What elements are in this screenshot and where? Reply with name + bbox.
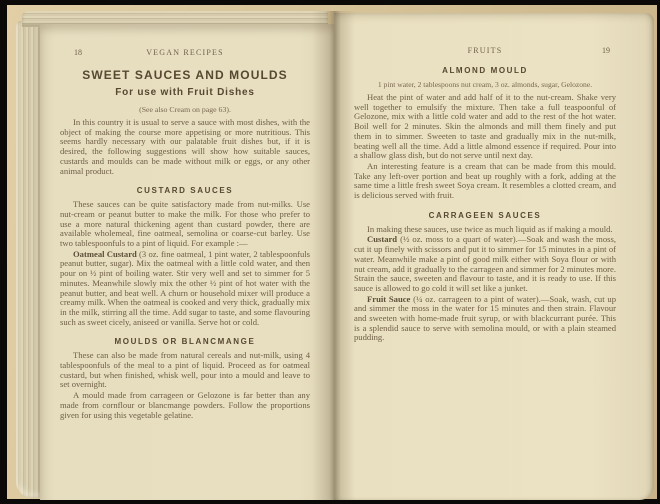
carrageen-custard-paragraph: Custard (½ oz. moss to a quart of water)… — [354, 235, 616, 293]
right-running-head: FRUITS 19 — [354, 46, 616, 57]
section-subtitle: For use with Fruit Dishes — [60, 87, 310, 98]
custard-sauces-paragraph: These sauces can be quite satisfactory m… — [60, 200, 310, 249]
left-page-number: 18 — [74, 48, 82, 57]
right-page: FRUITS 19 ALMOND MOULD 1 pint water, 2 t… — [334, 13, 654, 500]
right-running-title: FRUITS — [468, 46, 503, 55]
cross-reference-note: (See also Cream on page 63). — [60, 105, 310, 114]
oatmeal-custard-name: Oatmeal Custard — [73, 249, 137, 259]
oatmeal-custard-text: (3 oz. fine oatmeal, 1 pint water, 2 tab… — [60, 249, 310, 327]
almond-mould-paragraph-2: An interesting feature is a cream that c… — [354, 162, 616, 201]
left-running-title: VEGAN RECIPES — [146, 48, 224, 57]
moulds-paragraph-1: These can also be made from natural cere… — [60, 351, 310, 390]
carrageen-custard-name: Custard — [367, 234, 397, 244]
fruit-sauce-paragraph: Fruit Sauce (¼ oz. carrageen to a pint o… — [354, 295, 616, 344]
left-leaf-edge-stack — [16, 21, 42, 498]
fruit-sauce-name: Fruit Sauce — [367, 294, 410, 304]
moulds-heading: MOULDS OR BLANCMANGE — [60, 337, 310, 346]
moulds-paragraph-2: A mould made from carrageen or Gelozone … — [60, 391, 310, 420]
section-title: SWEET SAUCES AND MOULDS — [60, 68, 310, 82]
almond-mould-paragraph-1: Heat the pint of water and add half of i… — [354, 93, 616, 161]
photo-frame: 18 VEGAN RECIPES SWEET SAUCES AND MOULDS… — [0, 0, 660, 504]
almond-mould-ingredients: 1 pint water, 2 tablespoons nut cream, 3… — [354, 80, 616, 89]
carrageen-custard-text: (½ oz. moss to a quart of water).—Soak a… — [354, 234, 616, 293]
carrageen-intro-paragraph: In making these sauces, use twice as muc… — [354, 225, 616, 235]
left-running-head: 18 VEGAN RECIPES — [60, 48, 310, 59]
open-book: 18 VEGAN RECIPES SWEET SAUCES AND MOULDS… — [16, 11, 654, 500]
left-page: 18 VEGAN RECIPES SWEET SAUCES AND MOULDS… — [40, 24, 334, 500]
custard-sauces-heading: CUSTARD SAUCES — [60, 186, 310, 195]
almond-mould-heading: ALMOND MOULD — [354, 66, 616, 75]
right-page-number: 19 — [602, 46, 610, 55]
oatmeal-custard-paragraph: Oatmeal Custard (3 oz. fine oatmeal, 1 p… — [60, 250, 310, 328]
intro-paragraph: In this country it is usual to serve a s… — [60, 118, 310, 176]
carrageen-sauces-heading: CARRAGEEN SAUCES — [354, 211, 616, 220]
